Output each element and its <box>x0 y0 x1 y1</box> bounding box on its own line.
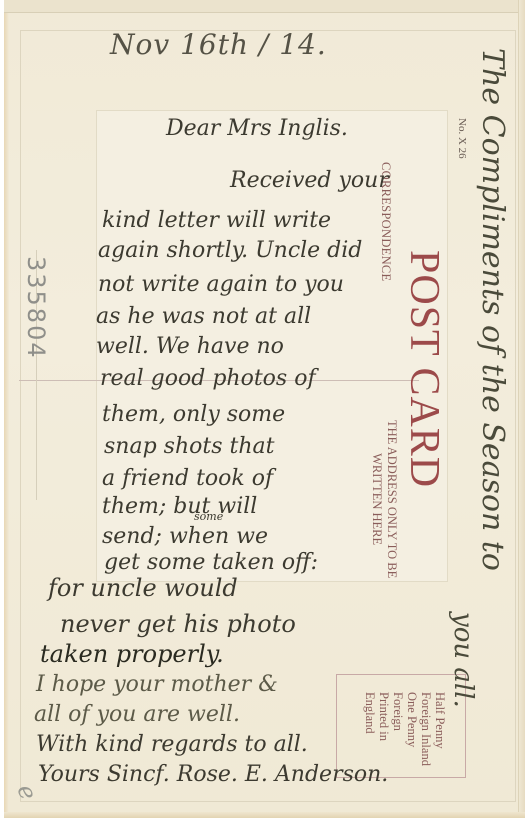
printed-serial-number: No. X 26 <box>456 118 468 159</box>
margin-greeting-line-2: you all. <box>448 612 478 708</box>
printed-address-note: THE ADDRESS ONLY TO BE WRITTEN HERE <box>369 420 399 578</box>
letter-line: I hope your mother & <box>36 672 278 697</box>
stamp-line-6: England <box>363 692 377 766</box>
letter-line: Yours Sincf. Rose. E. Anderson. <box>38 762 388 787</box>
letter-line: send; when we <box>102 524 268 549</box>
stamp-box-text: Half Penny Foreign Inland One Penny Fore… <box>363 692 447 766</box>
margin-greeting-line-1: The Compliments of the Season to <box>475 48 510 571</box>
stamp-line-4: Foreign <box>391 692 405 766</box>
letter-line: snap shots that <box>104 434 274 459</box>
letter-line: kind letter will write <box>102 208 331 233</box>
letter-line: them; but will <box>102 494 257 519</box>
letter-line: again shortly. Uncle did <box>98 238 362 263</box>
letter-line: all of you are well. <box>34 702 240 727</box>
letter-line: taken properly. <box>40 640 224 668</box>
letter-line: for uncle would <box>48 574 238 602</box>
stamp-line-2: Foreign Inland <box>419 692 433 766</box>
letter-line: them, only some <box>102 402 285 427</box>
letter-line: Received your <box>230 168 389 193</box>
address-note-line-2: WRITTEN HERE <box>369 420 384 578</box>
letter-line: as he was not at all <box>96 304 311 329</box>
printed-post-card-title: POST CARD <box>400 250 448 488</box>
postcard-bottom-edge <box>4 812 525 818</box>
letter-line: a friend took of <box>102 466 273 491</box>
letter-line: well. We have no <box>96 334 284 359</box>
letter-line: never get his photo <box>60 610 296 638</box>
letter-line: With kind regards to all. <box>36 732 308 757</box>
stamp-line-1: Half Penny <box>433 692 447 766</box>
stamp-line-5: Printed in <box>377 692 391 766</box>
handwritten-date: Nov 16th / 14. <box>110 28 327 61</box>
letter-insertion: some <box>194 510 223 523</box>
postcard-top-edge <box>4 0 525 13</box>
pencil-archive-number: 335804 <box>22 256 50 360</box>
letter-line: get some taken off: <box>104 550 318 575</box>
letter-line: real good photos of <box>100 366 316 391</box>
postcard-right-edge <box>518 0 525 818</box>
stamp-line-3: One Penny <box>405 692 419 766</box>
letter-line: not write again to you <box>98 272 344 297</box>
address-note-line-1: THE ADDRESS ONLY TO BE <box>384 420 399 578</box>
letter-line: Dear Mrs Inglis. <box>166 116 348 141</box>
